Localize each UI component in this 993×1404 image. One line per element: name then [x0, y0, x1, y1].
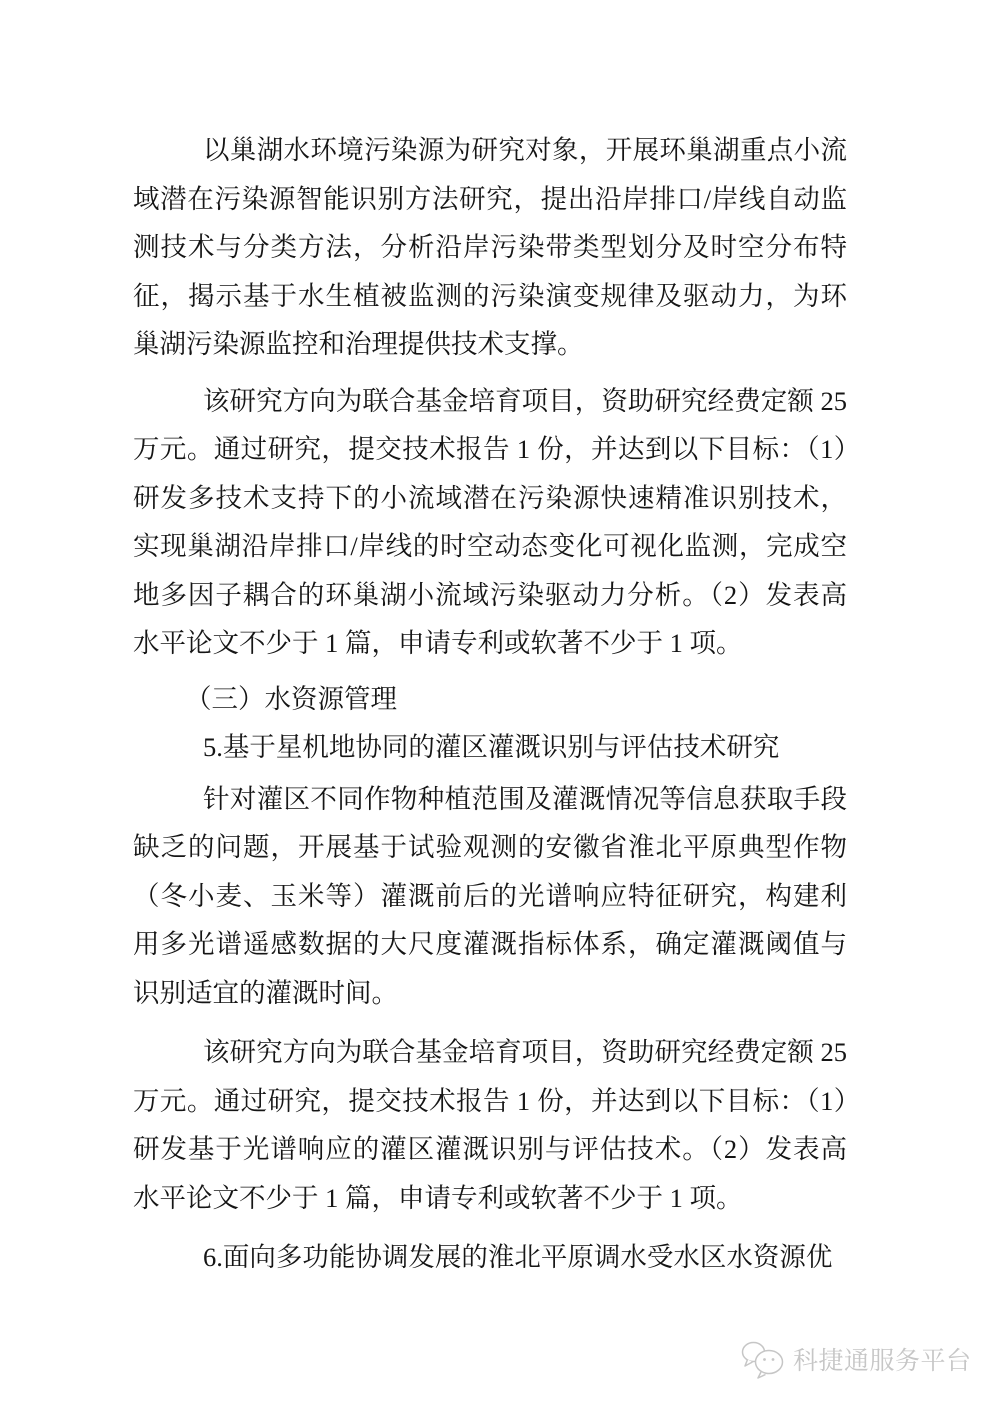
- wechat-icon: [740, 1339, 786, 1379]
- document-text-block: 以巢湖水环境污染源为研究对象，开展环巢湖重点小流域潜在污染源智能识别方法研究，提…: [133, 126, 847, 1282]
- paragraph-irrigation-research-scope: 针对灌区不同作物种植范围及灌溉情况等信息获取手段缺乏的问题，开展基于试验观测的安…: [133, 775, 847, 1018]
- topic-heading-6-water-allocation: 6.面向多功能协调发展的淮北平原调水受水区水资源优: [133, 1233, 847, 1282]
- watermark: 科捷通服务平台: [740, 1338, 972, 1380]
- document-page: 以巢湖水环境污染源为研究对象，开展环巢湖重点小流域潜在污染源智能识别方法研究，提…: [0, 0, 993, 1404]
- topic-heading-5-irrigation-identification: 5.基于星机地协同的灌区灌溉识别与评估技术研究: [133, 723, 847, 772]
- subsection-heading-water-resources-management: （三）水资源管理: [133, 675, 847, 724]
- paragraph-chaohu-research-scope: 以巢湖水环境污染源为研究对象，开展环巢湖重点小流域潜在污染源智能识别方法研究，提…: [133, 126, 847, 369]
- paragraph-irrigation-funding-goals: 该研究方向为联合基金培育项目，资助研究经费定额 25 万元。通过研究，提交技术报…: [133, 1028, 847, 1222]
- watermark-label: 科捷通服务平台: [793, 1341, 972, 1377]
- paragraph-chaohu-funding-goals: 该研究方向为联合基金培育项目，资助研究经费定额 25 万元。通过研究，提交技术报…: [133, 377, 847, 668]
